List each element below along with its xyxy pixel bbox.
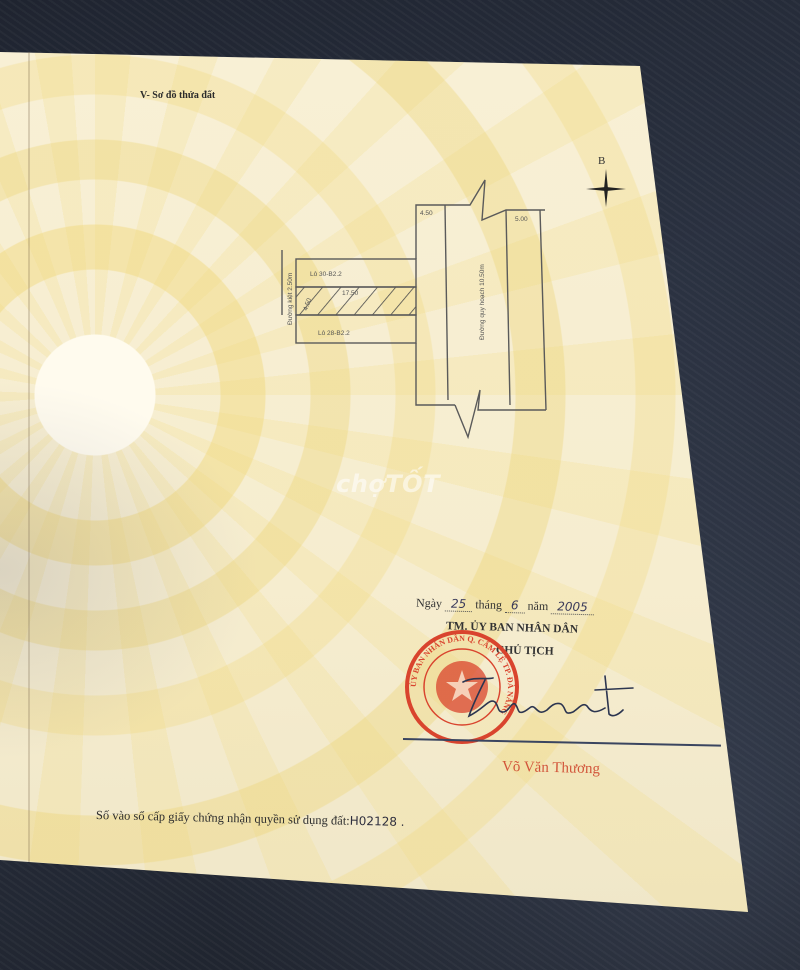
register-value: H02128 . (350, 814, 405, 829)
lot-top-label: Lô 30-B2.2 (310, 271, 342, 278)
watermark: chợTỐT (336, 470, 440, 498)
sidewalk-left-label: 4.50 (420, 210, 433, 217)
date-day: 25 (445, 596, 473, 612)
date-prefix: Ngày (416, 596, 442, 611)
signature (455, 668, 665, 728)
section-title: V- Sơ đồ thửa đất (140, 90, 215, 101)
plot-diagram: Lô 30-B2.2 17.50 Lô 28-B2.2 4.50 5.00 4.… (270, 175, 560, 445)
sidewalk-right-label: 5.00 (515, 216, 528, 223)
compass-star-icon (584, 155, 628, 209)
date-month: 6 (505, 598, 525, 614)
lot-bottom-label: Lô 28-B2.2 (318, 330, 350, 337)
date-month-label: tháng (475, 597, 502, 612)
signer-name: Võ Văn Thương (502, 759, 600, 779)
shadow (0, 380, 260, 760)
lot-28 (296, 315, 416, 343)
road-right-label: Đường quy hoạch 10.50m (479, 264, 486, 340)
road-left-label: Đường kiệt 2.50m (287, 273, 294, 325)
date-year-label: năm (527, 599, 548, 614)
land-certificate-page: V- Sơ đồ thửa đất Lô 30-B2. (0, 0, 800, 970)
date-year: 2005 (551, 599, 594, 615)
plot-length-label: 17.50 (342, 290, 359, 297)
